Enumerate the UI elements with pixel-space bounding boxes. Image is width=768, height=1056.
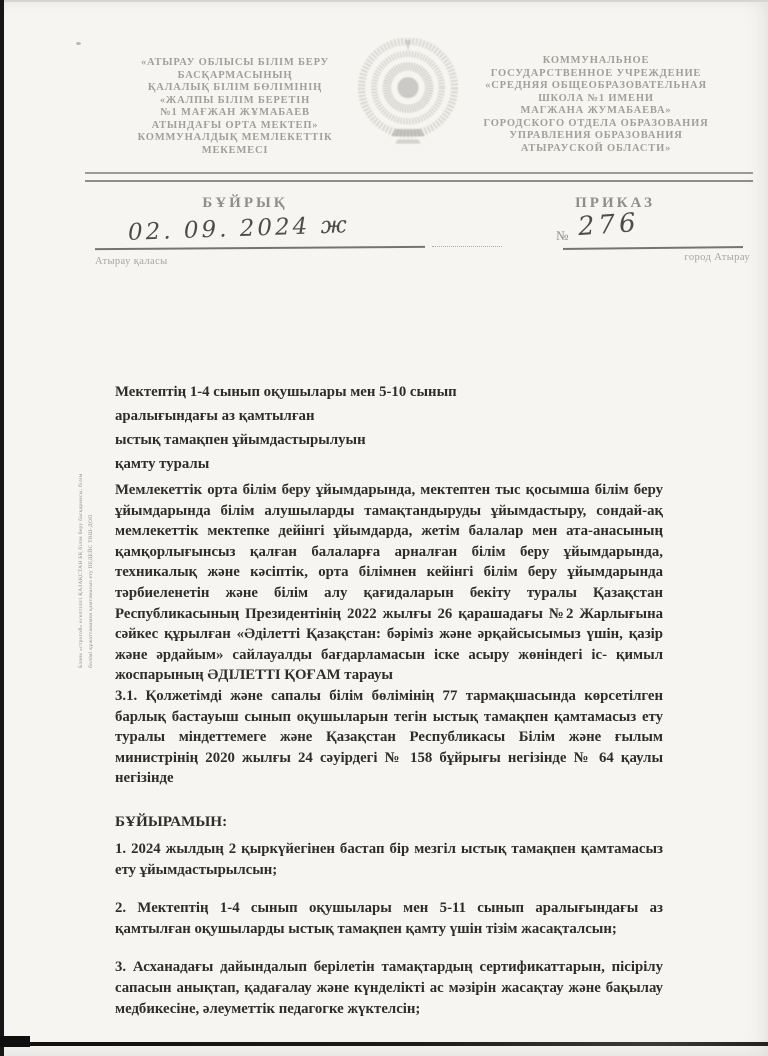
scan-corner-bottom-left: [0, 1036, 30, 1047]
subject-line: қамту туралы: [115, 452, 663, 476]
header-divider: [85, 172, 753, 182]
org-ru-line: ШКОЛА №1 ИМЕНИ: [438, 93, 754, 106]
margin-microtext-line: бөлімі құжаттамамен қамтамасыз ету ПЕДЕЙ…: [88, 430, 94, 668]
margin-microtext-line: Бланк «строгой» есептілігі ҚАЗАҚСТАН БҚ …: [78, 430, 84, 668]
legal-basis-paragraph: 3.1. Қолжетімді және сапалы білім бөлімі…: [115, 686, 663, 789]
org-kk-line: БАСҚАРМАСЫНЫҢ: [85, 70, 385, 83]
date-underline: [95, 246, 425, 250]
org-kk-line: АТЫНДАҒЫ ОРТА МЕКТЕП»: [85, 120, 385, 133]
org-ru-line: АТЫРАУСКОЙ ОБЛАСТИ»: [438, 143, 754, 156]
order-number-prefix: №: [556, 228, 568, 244]
decree-item-1: 1. 2024 жылдың 2 қыркүйегінен бастап бір…: [115, 839, 663, 881]
scan-edge-top: [0, 0, 768, 2]
org-ru-line: ГОСУДАРСТВЕННОЕ УЧРЕЖДЕНИЕ: [438, 68, 754, 81]
org-kk-line: ҚАЛАЛЫҚ БІЛІМ БӨЛІМІНІҢ: [85, 82, 385, 95]
scan-edge-left: [0, 0, 4, 1056]
org-name-kk: «АТЫРАУ ОБЛЫСЫ БІЛІМ БЕРУ БАСҚАРМАСЫНЫҢ …: [85, 57, 385, 157]
scan-edge-bottom: [0, 1042, 768, 1046]
org-name-ru: КОММУНАЛЬНОЕ ГОСУДАРСТВЕННОЕ УЧРЕЖДЕНИЕ …: [438, 55, 754, 155]
org-kk-line: «АТЫРАУ ОБЛЫСЫ БІЛІМ БЕРУ: [85, 57, 385, 70]
subject-line: ыстық тамақпен ұйымдастырылуын: [115, 428, 663, 452]
org-ru-line: МАГЖАНА ЖУМАБАЕВА»: [438, 105, 754, 118]
org-kk-line: КОММУНАЛДЫҚ МЕМЛЕКЕТТІК: [85, 132, 385, 145]
decree-item-3: 3. Асханадағы дайындалып берілетін тамақ…: [115, 957, 663, 1020]
org-ru-line: «СРЕДНЯЯ ОБЩЕОБРАЗОВАТЕЛЬНАЯ: [438, 80, 754, 93]
scanned-order-document: «АТЫРАУ ОБЛЫСЫ БІЛІМ БЕРУ БАСҚАРМАСЫНЫҢ …: [0, 0, 768, 1056]
document-body: Мектептің 1-4 сынып оқушылары мен 5-10 с…: [115, 380, 663, 1020]
decree-heading: БҰЙЫРАМЫН:: [115, 813, 663, 831]
date-underline-tail: [432, 246, 502, 247]
order-subject: Мектептің 1-4 сынып оқушылары мен 5-10 с…: [115, 380, 663, 476]
org-kk-line: «ЖАЛПЫ БІЛІМ БЕРЕТІН: [85, 95, 385, 108]
org-ru-line: КОММУНАЛЬНОЕ: [438, 55, 754, 68]
subject-line: аралығындағы аз қамтылған: [115, 404, 663, 428]
subject-line: Мектептің 1-4 сынып оқушылары мен 5-10 с…: [115, 380, 663, 404]
number-underline: [563, 246, 743, 250]
org-ru-line: УПРАВЛЕНИЯ ОБРАЗОВАНИЯ: [438, 130, 754, 143]
org-ru-line: ГОРОДСКОГО ОТДЕЛА ОБРАЗОВАНИЯ: [438, 118, 754, 131]
org-kk-line: МЕКЕМЕСІ: [85, 145, 385, 158]
org-kk-line: №1 МАҒЖАН ЖҰМАБАЕВ: [85, 107, 385, 120]
order-date-handwritten: 02. 09. 2024 ж: [128, 212, 351, 246]
city-label-ru: город Атырау: [600, 252, 750, 263]
order-number-handwritten: 276: [577, 208, 641, 242]
decree-item-2: 2. Мектептің 1-4 сынып оқушылары мен 5-1…: [115, 898, 663, 940]
city-label-kk: Атырау қаласы: [95, 256, 168, 267]
order-title-kk: БҰЙРЫҚ: [150, 195, 340, 212]
scan-speck: [76, 42, 81, 45]
preamble-paragraph: Мемлекеттік орта білім беру ұйымдарында,…: [115, 480, 663, 686]
